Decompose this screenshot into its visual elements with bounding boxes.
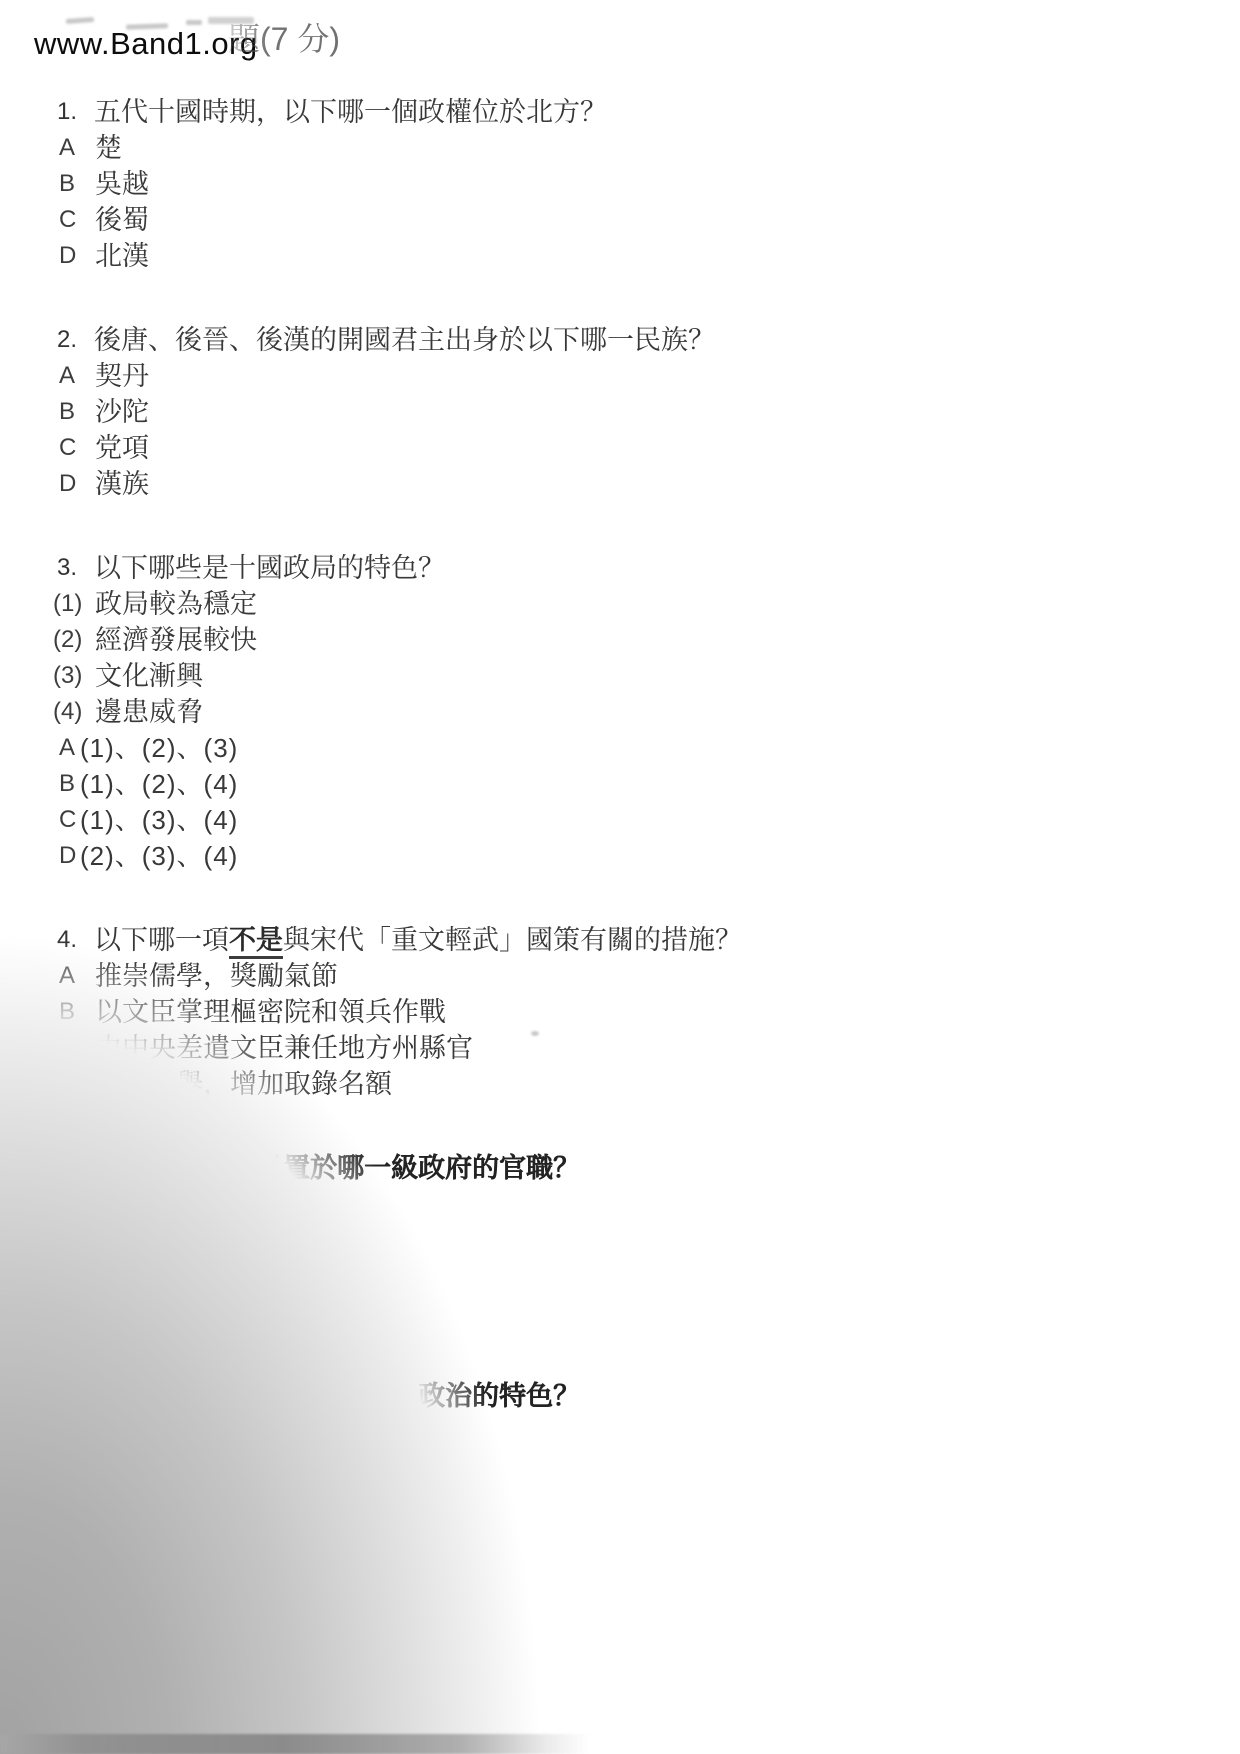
option-text: 沙陀 [95, 394, 149, 430]
option-label: A [59, 358, 95, 394]
option-label: D [59, 466, 95, 502]
option-row: C君臣相知 [0, 1486, 1240, 1522]
option-row: A推崇儒學，獎勵氣節 [0, 958, 1240, 994]
option-row: A中央 [0, 1186, 1240, 1222]
option-text: 以天下為己任 [95, 1450, 257, 1486]
question-text: 以下哪一項不是與宋代「重文輕武」國策有關的措施？ [94, 922, 742, 958]
option-text: 由中央差遣文臣兼任地方州縣官 [95, 1030, 473, 1066]
option-text: 北漢 [95, 238, 149, 274]
option-label: B [59, 166, 95, 202]
option-row: D漢族 [0, 466, 1240, 502]
option-label: C [59, 202, 95, 238]
option-text: (1)、(3)、(4) [80, 802, 238, 838]
question-text: 轉運使是宋代設置於哪一級政府的官職？ [94, 1150, 580, 1186]
option-label: B [59, 994, 95, 1030]
question-line: 1.五代十國時期，以下哪一個政權位於北方？ [0, 94, 1240, 130]
option-row: B以文臣掌理樞密院和領兵作戰 [0, 994, 1240, 1030]
list-item-text: 邊患威脅 [95, 694, 203, 730]
scanned-exam-page: www.Band1.org 題(7 分) 1.五代十國時期，以下哪一個政權位於北… [0, 0, 1240, 1754]
question-text-segment: 與宋代「重文輕武」國策有關的措施？ [283, 925, 742, 955]
list-item-row: (4)邊患威脅 [0, 694, 1240, 730]
option-text: 党項 [95, 430, 149, 466]
option-text: (1)、(2)、(4) [80, 766, 238, 802]
question-block: 3.以下哪些是十國政局的特色？(1)政局較為穩定(2)經濟發展較快(3)文化漸興… [0, 550, 1240, 874]
option-row: A鮮廉寡恥 [0, 1414, 1240, 1450]
emphasized-text: 並不是 [229, 1381, 310, 1418]
option-row: A楚 [0, 130, 1240, 166]
option-text: 吳越 [95, 166, 149, 202]
option-label: B [59, 394, 95, 430]
question-text-segment: 後唐、後晉、後漢的開國君主出身於以下哪一民族？ [94, 325, 715, 355]
option-label: B [59, 1222, 95, 1258]
option-text: 朋黨政治 [95, 1522, 203, 1558]
watermark-text: www.Band1.org [34, 26, 258, 62]
option-text: (1)、(2)、(3) [80, 730, 238, 766]
option-text: 君臣相知 [95, 1486, 203, 1522]
option-row: C(1)、(3)、(4) [0, 802, 1240, 838]
list-item-text: 政局較為穩定 [95, 586, 257, 622]
option-label: A [59, 1414, 95, 1450]
option-row: B沙陀 [0, 394, 1240, 430]
option-label: A [59, 958, 95, 994]
option-row: D北漢 [0, 238, 1240, 274]
option-row: B路 [0, 1222, 1240, 1258]
option-label: C [59, 1486, 95, 1522]
question-block: 4.以下哪一項不是與宋代「重文輕武」國策有關的措施？A推崇儒學，獎勵氣節B以文臣… [0, 922, 1240, 1102]
option-text: 路 [95, 1222, 122, 1258]
question-number: 2. [57, 322, 94, 358]
question-text-segment: 以下哪些是十國政局的特色？ [94, 553, 445, 583]
question-block: 6.以下哪一項並不是宋代文人政治的特色？A鮮廉寡恥B以天下為己任C君臣相知D朋黨… [0, 1378, 1240, 1558]
option-text: 廣開科舉，增加取錄名額 [95, 1066, 392, 1102]
list-item-label: (2) [53, 622, 95, 658]
list-item-text: 文化漸興 [95, 658, 203, 694]
question-number: 4. [57, 922, 94, 958]
option-label: D [59, 1522, 95, 1558]
option-row: D廣開科舉，增加取錄名額 [0, 1066, 1240, 1102]
question-block: 5.轉運使是宋代設置於哪一級政府的官職？A中央B路C州D縣 [0, 1150, 1240, 1330]
question-text-segment: 五代十國時期，以下哪一個政權位於北方？ [94, 97, 607, 127]
option-text: 鮮廉寡恥 [95, 1414, 203, 1450]
question-text: 五代十國時期，以下哪一個政權位於北方？ [94, 94, 607, 130]
faded-ink-mark [186, 20, 202, 25]
scan-shadow-bottom-strip [0, 1734, 590, 1754]
question-text-segment: 以下哪一項 [94, 925, 229, 955]
option-label: A [59, 730, 80, 766]
option-row: A契丹 [0, 358, 1240, 394]
question-block: 2.後唐、後晉、後漢的開國君主出身於以下哪一民族？A契丹B沙陀C党項D漢族 [0, 322, 1240, 502]
faded-ink-mark [208, 17, 254, 24]
option-row: D(2)、(3)、(4) [0, 838, 1240, 874]
list-item-text: 經濟發展較快 [95, 622, 257, 658]
option-text: 推崇儒學，獎勵氣節 [95, 958, 338, 994]
question-number: 1. [57, 94, 94, 130]
option-text: 後蜀 [95, 202, 149, 238]
option-text: 中央 [95, 1186, 149, 1222]
question-text-segment: 宋代文人政治的特色？ [310, 1381, 580, 1411]
question-line: 5.轉運使是宋代設置於哪一級政府的官職？ [0, 1150, 1240, 1186]
option-row: C後蜀 [0, 202, 1240, 238]
option-label: C [59, 1258, 95, 1294]
option-label: C [59, 1030, 95, 1066]
question-number: 5. [57, 1150, 94, 1186]
option-label: B [59, 1450, 95, 1486]
list-item-label: (4) [53, 694, 95, 730]
option-row: B吳越 [0, 166, 1240, 202]
option-row: A(1)、(2)、(3) [0, 730, 1240, 766]
option-text: (2)、(3)、(4) [80, 838, 238, 874]
question-text-segment: 轉運使是宋代設置於哪一級政府的官職？ [94, 1153, 580, 1183]
question-line: 4.以下哪一項不是與宋代「重文輕武」國策有關的措施？ [0, 922, 1240, 958]
list-item-label: (3) [53, 658, 95, 694]
option-row: C州 [0, 1258, 1240, 1294]
option-row: B(1)、(2)、(4) [0, 766, 1240, 802]
question-number: 6. [57, 1378, 94, 1414]
question-line: 6.以下哪一項並不是宋代文人政治的特色？ [0, 1378, 1240, 1414]
question-line: 3.以下哪些是十國政局的特色？ [0, 550, 1240, 586]
option-row: C由中央差遣文臣兼任地方州縣官 [0, 1030, 1240, 1066]
option-label: D [59, 1294, 95, 1330]
option-row: D縣 [0, 1294, 1240, 1330]
option-label: B [59, 766, 80, 802]
option-text: 漢族 [95, 466, 149, 502]
option-text: 契丹 [95, 358, 149, 394]
option-text: 楚 [95, 130, 122, 166]
list-item-row: (1)政局較為穩定 [0, 586, 1240, 622]
option-text: 縣 [95, 1294, 122, 1330]
question-list: 1.五代十國時期，以下哪一個政權位於北方？A楚B吳越C後蜀D北漢2.後唐、後晉、… [0, 94, 1240, 1606]
option-label: D [59, 1066, 95, 1102]
list-item-row: (2)經濟發展較快 [0, 622, 1240, 658]
option-row: D朋黨政治 [0, 1522, 1240, 1558]
option-label: A [59, 1186, 95, 1222]
question-text: 以下哪些是十國政局的特色？ [94, 550, 445, 586]
option-row: C党項 [0, 430, 1240, 466]
question-text-segment: 以下哪一項 [94, 1381, 229, 1411]
faded-ink-mark [66, 17, 94, 24]
option-label: C [59, 430, 95, 466]
question-number: 3. [57, 550, 94, 586]
option-label: C [59, 802, 80, 838]
question-block: 1.五代十國時期，以下哪一個政權位於北方？A楚B吳越C後蜀D北漢 [0, 94, 1240, 274]
option-label: A [59, 130, 95, 166]
question-line: 2.後唐、後晉、後漢的開國君主出身於以下哪一民族？ [0, 322, 1240, 358]
option-text: 州 [95, 1258, 122, 1294]
question-text: 後唐、後晉、後漢的開國君主出身於以下哪一民族？ [94, 322, 715, 358]
list-item-label: (1) [53, 586, 95, 622]
option-row: B以天下為己任 [0, 1450, 1240, 1486]
option-label: D [59, 838, 80, 874]
emphasized-text: 不是 [229, 925, 283, 959]
scan-smudge-dot [531, 1031, 539, 1036]
question-text: 以下哪一項並不是宋代文人政治的特色？ [94, 1378, 580, 1414]
option-label: D [59, 238, 95, 274]
list-item-row: (3)文化漸興 [0, 658, 1240, 694]
option-text: 以文臣掌理樞密院和領兵作戰 [95, 994, 446, 1030]
